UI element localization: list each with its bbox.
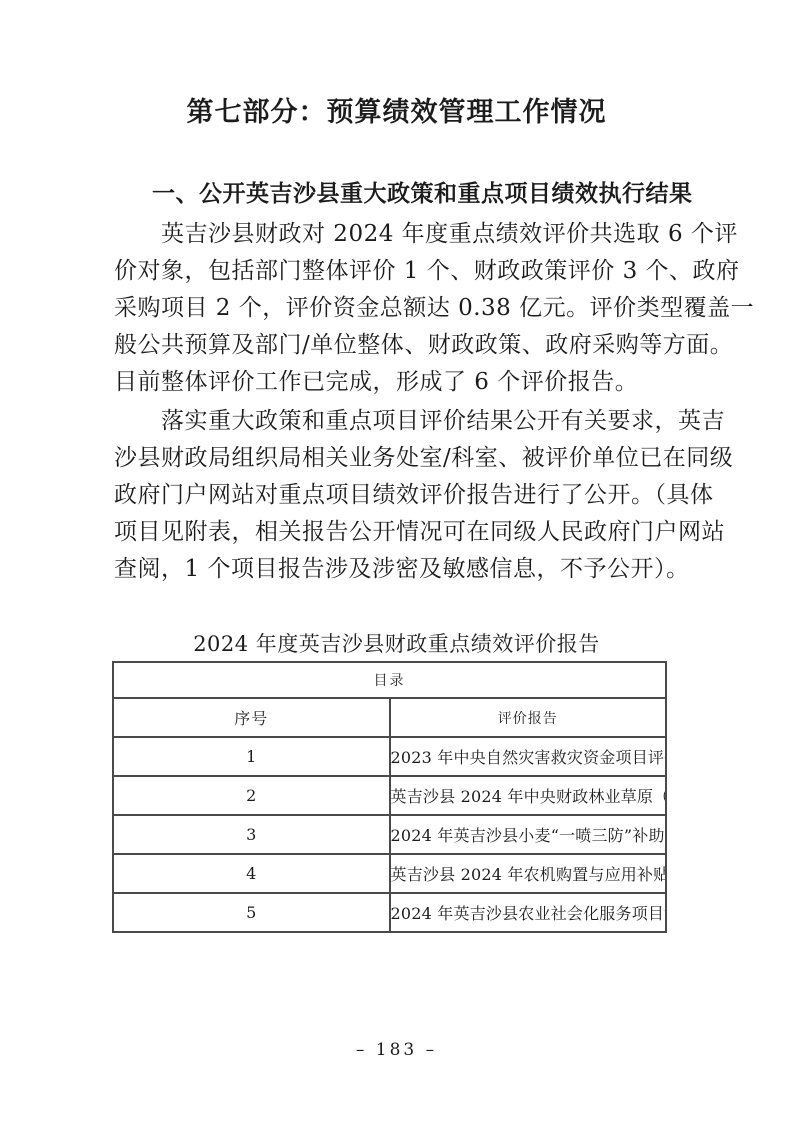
report-cell: 英吉沙县 2024 年农机购置与应用补贴项目评价报告 (390, 854, 667, 893)
table-header-row: 序号 评价报告 (113, 698, 666, 737)
report-cell: 2024 年英吉沙县小麦“一喷三防”补助资金项目评价报告 (390, 815, 667, 854)
table-title: 2024 年度英吉沙县财政重点绩效评价报告 (0, 628, 793, 658)
serial-cell: 3 (113, 815, 390, 854)
paragraph-line: 般公共预算及部门/单位整体、财政政策、政府采购等方面。 (114, 327, 686, 364)
table-caption-row: 目录 (113, 662, 666, 698)
report-cell: 英吉沙县 2024 年中央财政林业草原（森林保护修复）项目评价报告 (390, 776, 667, 815)
col-header-serial: 序号 (113, 698, 390, 737)
serial-cell: 4 (113, 854, 390, 893)
paragraph-line: 项目见附表，相关报告公开情况可在同级人民政府门户网站 (114, 514, 686, 551)
serial-cell: 1 (113, 737, 390, 776)
table-row: 4 英吉沙县 2024 年农机购置与应用补贴项目评价报告 (113, 854, 666, 893)
paragraph-line: 政府门户网站对重点项目绩效评价报告进行了公开。（具体 (114, 477, 686, 514)
paragraph-line: 采购项目 2 个，评价资金总额达 0.38 亿元。评价类型覆盖一 (114, 290, 686, 327)
table-row: 1 2023 年中央自然灾害救灾资金项目评价报告 (113, 737, 666, 776)
page-number: – 183 – (0, 1040, 793, 1060)
document-page: 第七部分：预算绩效管理工作情况 一、公开英吉沙县重大政策和重点项目绩效执行结果 … (0, 0, 793, 1122)
report-cell: 2023 年中央自然灾害救灾资金项目评价报告 (390, 737, 667, 776)
section-heading: 一、公开英吉沙县重大政策和重点项目绩效执行结果 (152, 175, 693, 208)
paragraph-line: 目前整体评价工作已完成，形成了 6 个评价报告。 (114, 364, 686, 401)
serial-cell: 2 (113, 776, 390, 815)
body-paragraph-2: 落实重大政策和重点项目评价结果公开有关要求，英吉 沙县财政局组织局相关业务处室/… (114, 403, 686, 588)
paragraph-line: 英吉沙县财政对 2024 年度重点绩效评价共选取 6 个评 (114, 216, 686, 253)
col-header-report: 评价报告 (390, 698, 667, 737)
body-paragraph-1: 英吉沙县财政对 2024 年度重点绩效评价共选取 6 个评 价对象，包括部门整体… (114, 216, 686, 401)
paragraph-line: 落实重大政策和重点项目评价结果公开有关要求，英吉 (114, 403, 686, 440)
paragraph-line: 查阅，1 个项目报告涉及涉密及敏感信息，不予公开）。 (114, 551, 686, 588)
serial-cell: 5 (113, 893, 390, 932)
paragraph-line: 价对象，包括部门整体评价 1 个、财政政策评价 3 个、政府 (114, 253, 686, 290)
table-caption-cell: 目录 (113, 662, 666, 698)
table-row: 2 英吉沙县 2024 年中央财政林业草原（森林保护修复）项目评价报告 (113, 776, 666, 815)
doc-title: 第七部分：预算绩效管理工作情况 (0, 90, 793, 129)
report-cell: 2024 年英吉沙县农业社会化服务项目评价报告 (390, 893, 667, 932)
table-row: 3 2024 年英吉沙县小麦“一喷三防”补助资金项目评价报告 (113, 815, 666, 854)
table-row: 5 2024 年英吉沙县农业社会化服务项目评价报告 (113, 893, 666, 932)
report-table: 目录 序号 评价报告 1 2023 年中央自然灾害救灾资金项目评价报告 2 英吉… (112, 661, 667, 933)
paragraph-line: 沙县财政局组织局相关业务处室/科室、被评价单位已在同级 (114, 440, 686, 477)
